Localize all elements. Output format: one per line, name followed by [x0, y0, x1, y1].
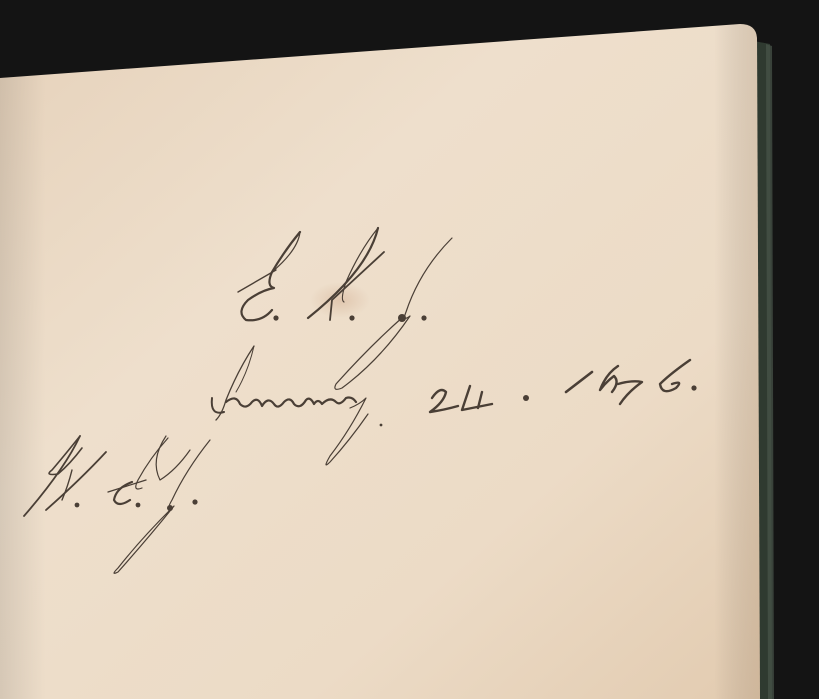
book-photo: E. H. J. January 24. 1876. M. E. J.	[0, 0, 819, 699]
book-page-illustration	[0, 0, 819, 699]
paper-stain	[310, 282, 370, 318]
